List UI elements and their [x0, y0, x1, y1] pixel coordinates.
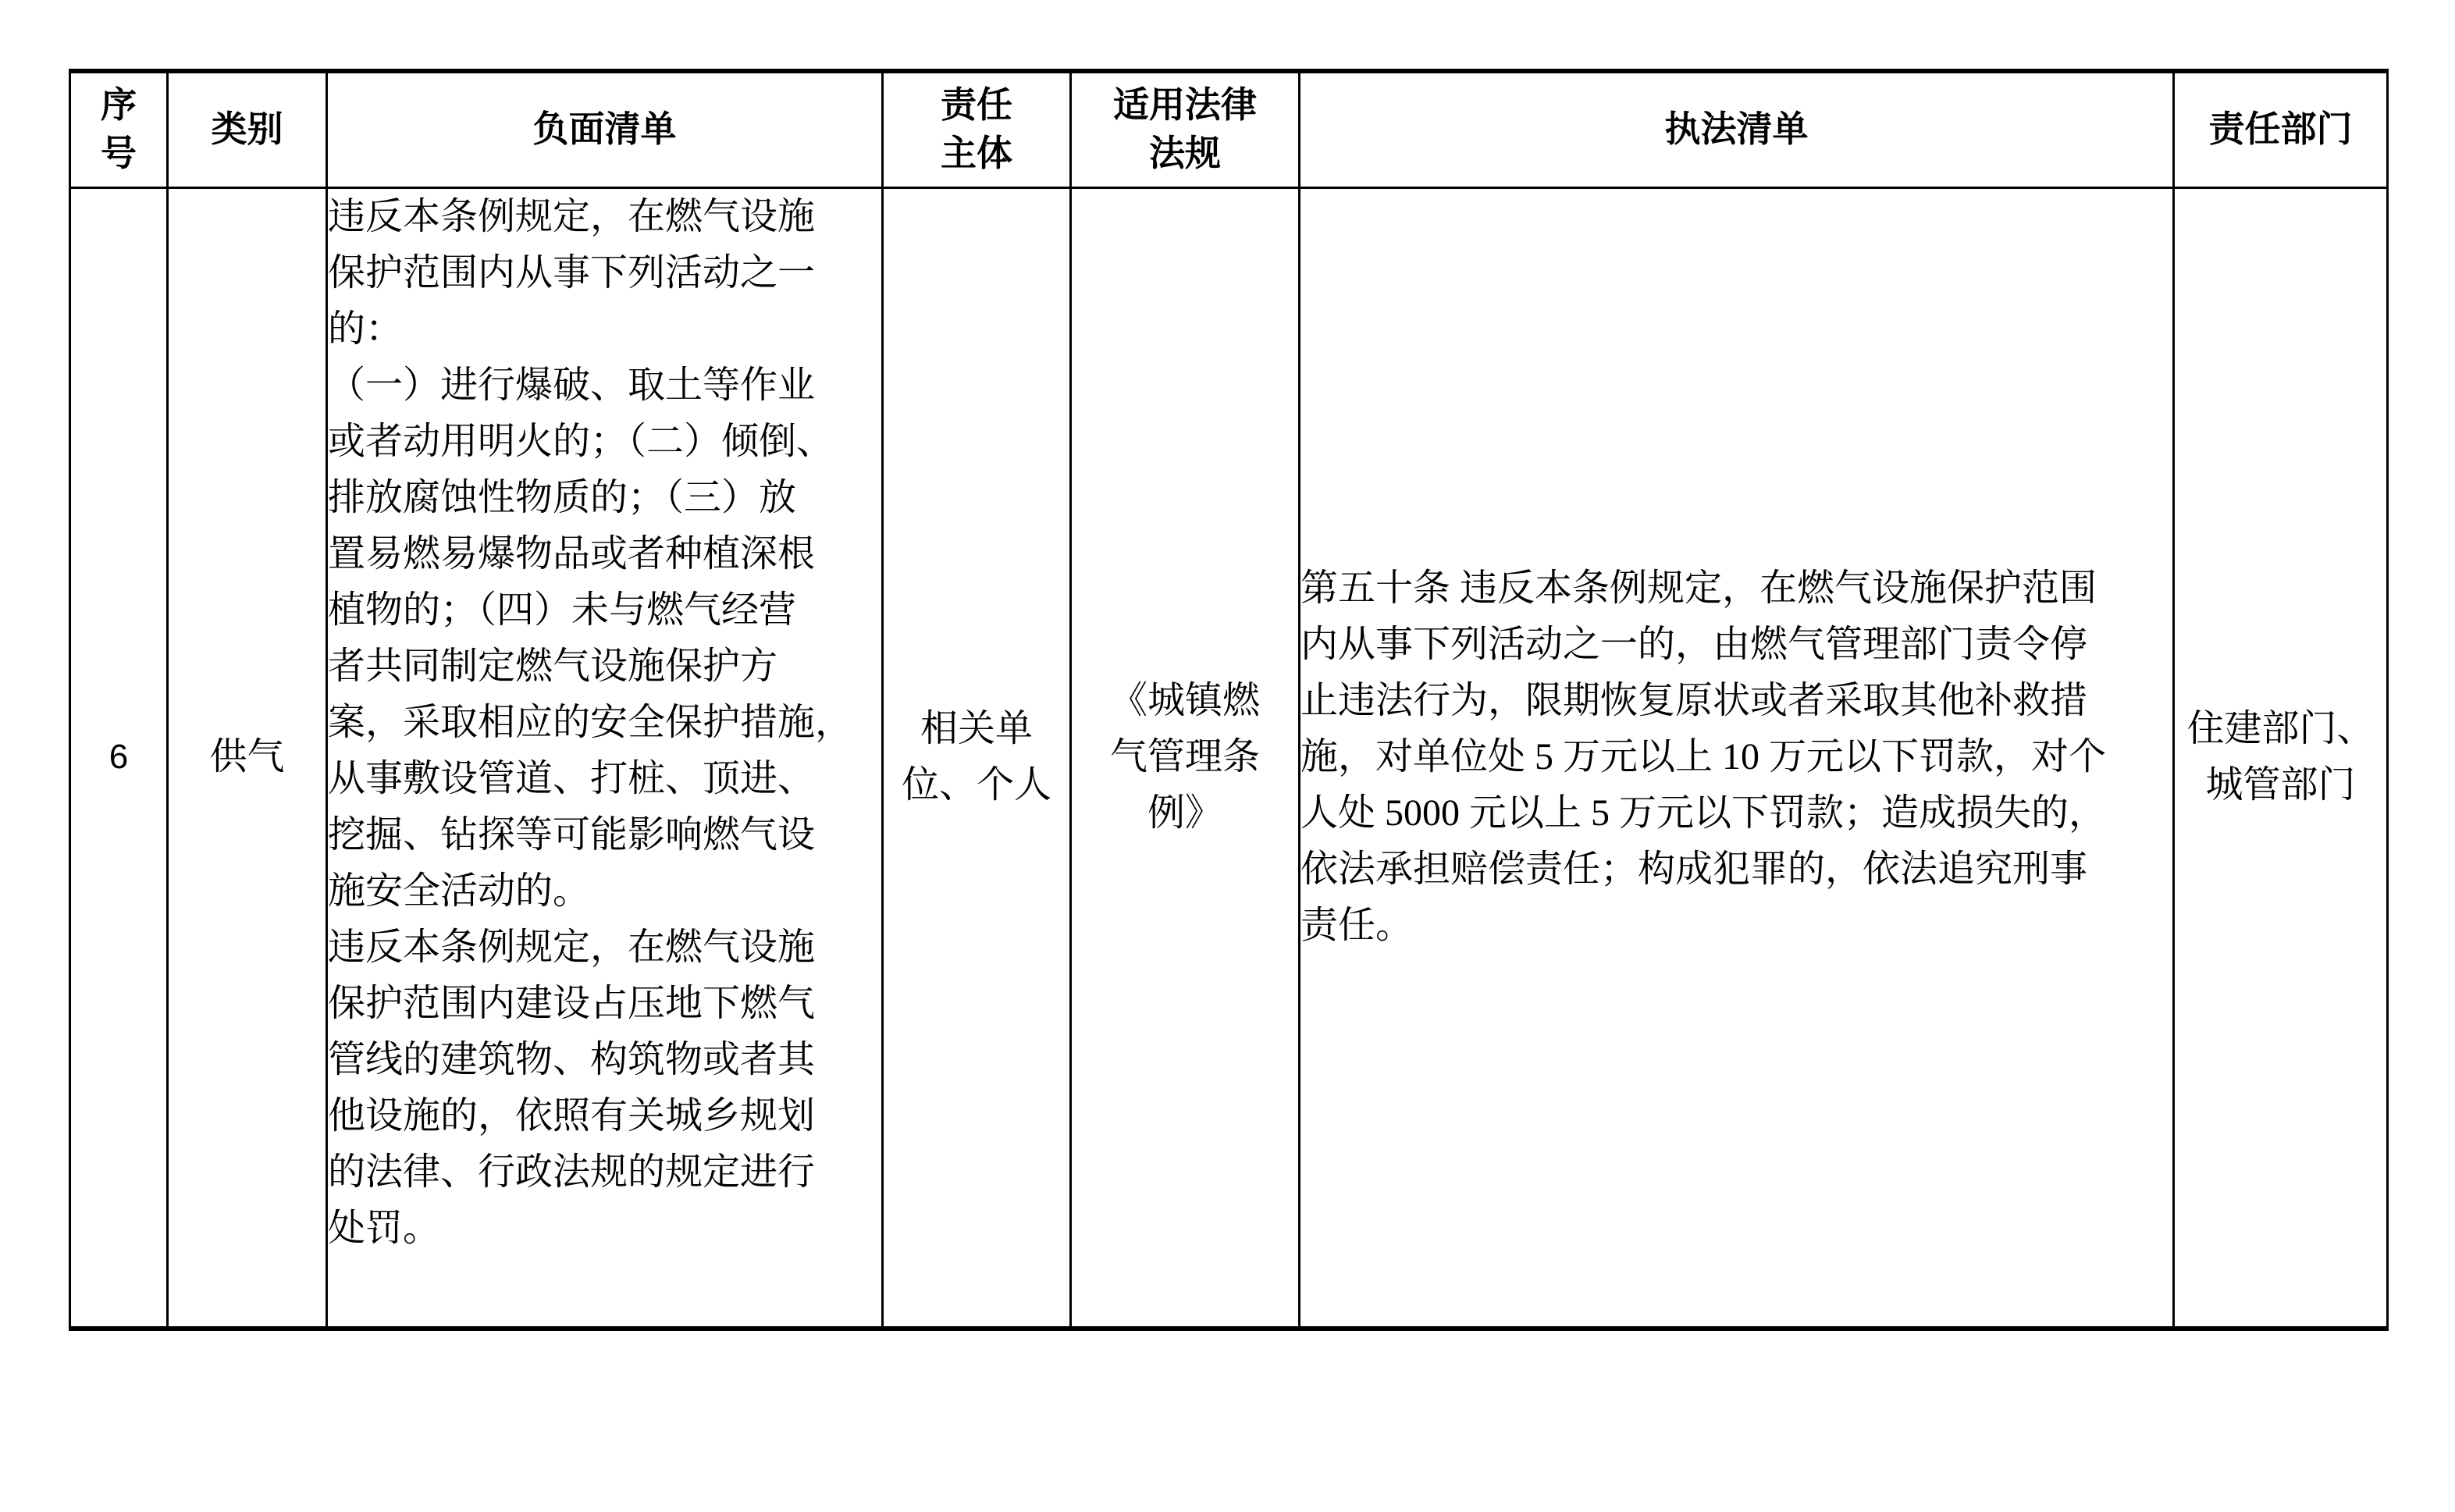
cell-negative-list: 违反本条例规定，在燃气设施 保护范围内从事下列活动之一 的： （一）进行爆破、取… — [327, 187, 883, 1329]
cell-responsible-party: 相关单 位、个人 — [883, 187, 1071, 1329]
cell-enforcement-list: 第五十条 违反本条例规定，在燃气设施保护范围 内从事下列活动之一的，由燃气管理部… — [1300, 187, 2174, 1329]
enforcement-list-table: 序 号 类别 负面清单 责任 主体 适用法律 法规 执法清单 责任部门 6 供气… — [69, 69, 2389, 1331]
header-applicable-law: 适用法律 法规 — [1071, 71, 1300, 187]
header-enforcement-list: 执法清单 — [1300, 71, 2174, 187]
cell-category: 供气 — [168, 187, 327, 1329]
cell-applicable-law: 《城镇燃 气管理条 例》 — [1071, 187, 1300, 1329]
table-header-row: 序 号 类别 负面清单 责任 主体 适用法律 法规 执法清单 责任部门 — [70, 71, 2388, 187]
header-responsible-party: 责任 主体 — [883, 71, 1071, 187]
table-row: 6 供气 违反本条例规定，在燃气设施 保护范围内从事下列活动之一 的： （一）进… — [70, 187, 2388, 1329]
cell-seq-number: 6 — [70, 187, 168, 1329]
header-responsible-department: 责任部门 — [2174, 71, 2388, 187]
header-negative-list: 负面清单 — [327, 71, 883, 187]
header-seq-number: 序 号 — [70, 71, 168, 187]
document-page: 序 号 类别 负面清单 责任 主体 适用法律 法规 执法清单 责任部门 6 供气… — [0, 0, 2455, 1512]
header-category: 类别 — [168, 71, 327, 187]
cell-responsible-department: 住建部门、 城管部门 — [2174, 187, 2388, 1329]
